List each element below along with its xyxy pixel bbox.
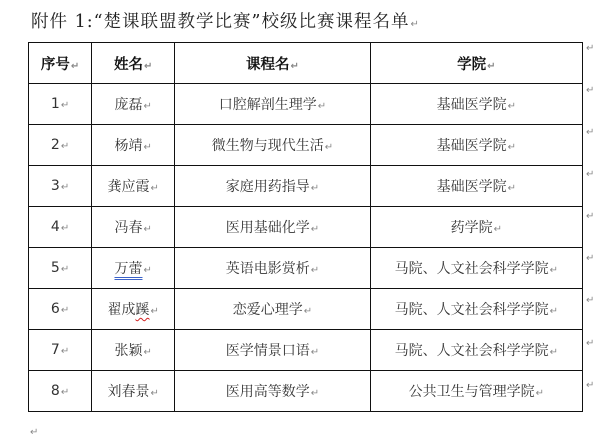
header-cell-college: 学院↵ [370,43,582,84]
row-end-mark-icon: ↵ [586,43,594,54]
cell-college: 公共卫生与管理学院↵ [370,371,582,412]
cell-name: 龚应霞↵ [92,166,175,207]
course-roster-table: 序号↵ 姓名↵ 课程名↵ 学院↵ 1↵ 庞磊↵ 口腔解剖生理学↵ 基础医学院↵ … [28,42,583,412]
grammar-underline[interactable]: 万蕾 [114,261,142,277]
title-text: 附件 1:“楚课联盟教学比赛”校级比赛课程名单 [31,12,410,32]
table-row: 6↵ 翟成蹊↵ 恋爱心理学↵ 马院、人文社会科学学院↵ [29,289,583,330]
cell-course: 医学情景口语↵ [175,330,370,371]
header-cell-course: 课程名↵ [175,43,370,84]
table-row: 1↵ 庞磊↵ 口腔解剖生理学↵ 基础医学院↵ [29,84,583,125]
cell-no: 5↵ [29,248,92,289]
cell-no: 8↵ [29,371,92,412]
row-end-mark-icon: ↵ [586,127,594,138]
table-row: 2↵ 杨靖↵ 微生物与现代生活↵ 基础医学院↵ [29,125,583,166]
spelling-flagged-name[interactable]: 翟成蹊 [107,302,149,318]
cell-college: 基础医学院↵ [370,125,582,166]
row-end-mark-icon: ↵ [586,169,594,180]
table-row: 8↵ 刘春景↵ 医用高等数学↵ 公共卫生与管理学院↵ [29,371,583,412]
cell-college: 马院、人文社会科学学院↵ [370,289,582,330]
cell-name: 杨靖↵ [92,125,175,166]
cell-college: 基础医学院↵ [370,84,582,125]
cell-name: 刘春景↵ [92,371,175,412]
cell-name: 庞磊↵ [92,84,175,125]
table-row: 5↵ 万蕾↵ 英语电影赏析↵ 马院、人文社会科学学院↵ [29,248,583,289]
cell-no: 4↵ [29,207,92,248]
row-end-mark-icon: ↵ [586,211,594,222]
cell-college: 马院、人文社会科学学院↵ [370,330,582,371]
cell-college: 马院、人文社会科学学院↵ [370,248,582,289]
table-row: 4↵ 冯春↵ 医用基础化学↵ 药学院↵ [29,207,583,248]
paragraph-mark-icon: ↵ [411,19,420,30]
table-header-row: 序号↵ 姓名↵ 课程名↵ 学院↵ [29,43,583,84]
cell-no: 1↵ [29,84,92,125]
row-end-mark-icon: ↵ [586,338,594,349]
cell-name: 冯春↵ [92,207,175,248]
row-end-mark-icon: ↵ [586,253,594,264]
cell-no: 7↵ [29,330,92,371]
row-end-mark-icon: ↵ [586,380,594,391]
document-title: 附件 1:“楚课联盟教学比赛”校级比赛课程名单↵ [31,8,420,33]
header-cell-name: 姓名↵ [92,43,175,84]
cell-course: 恋爱心理学↵ [175,289,370,330]
cell-college: 基础医学院↵ [370,166,582,207]
cell-course: 家庭用药指导↵ [175,166,370,207]
cell-no: 6↵ [29,289,92,330]
cell-no: 2↵ [29,125,92,166]
cell-name: 翟成蹊↵ [92,289,175,330]
header-cell-no: 序号↵ [29,43,92,84]
cell-no: 3↵ [29,166,92,207]
cell-course: 英语电影赏析↵ [175,248,370,289]
cell-college: 药学院↵ [370,207,582,248]
spelling-squiggle: 蹊 [135,302,149,318]
cell-name: 张颖↵ [92,330,175,371]
cell-course: 医用高等数学↵ [175,371,370,412]
row-end-mark-icon: ↵ [586,295,594,306]
table-row: 7↵ 张颖↵ 医学情景口语↵ 马院、人文社会科学学院↵ [29,330,583,371]
end-paragraph-mark-icon: ↵ [30,427,38,438]
table-row: 3↵ 龚应霞↵ 家庭用药指导↵ 基础医学院↵ [29,166,583,207]
cell-name: 万蕾↵ [92,248,175,289]
cell-course: 口腔解剖生理学↵ [175,84,370,125]
cell-course: 医用基础化学↵ [175,207,370,248]
cell-course: 微生物与现代生活↵ [175,125,370,166]
row-end-mark-icon: ↵ [586,85,594,96]
